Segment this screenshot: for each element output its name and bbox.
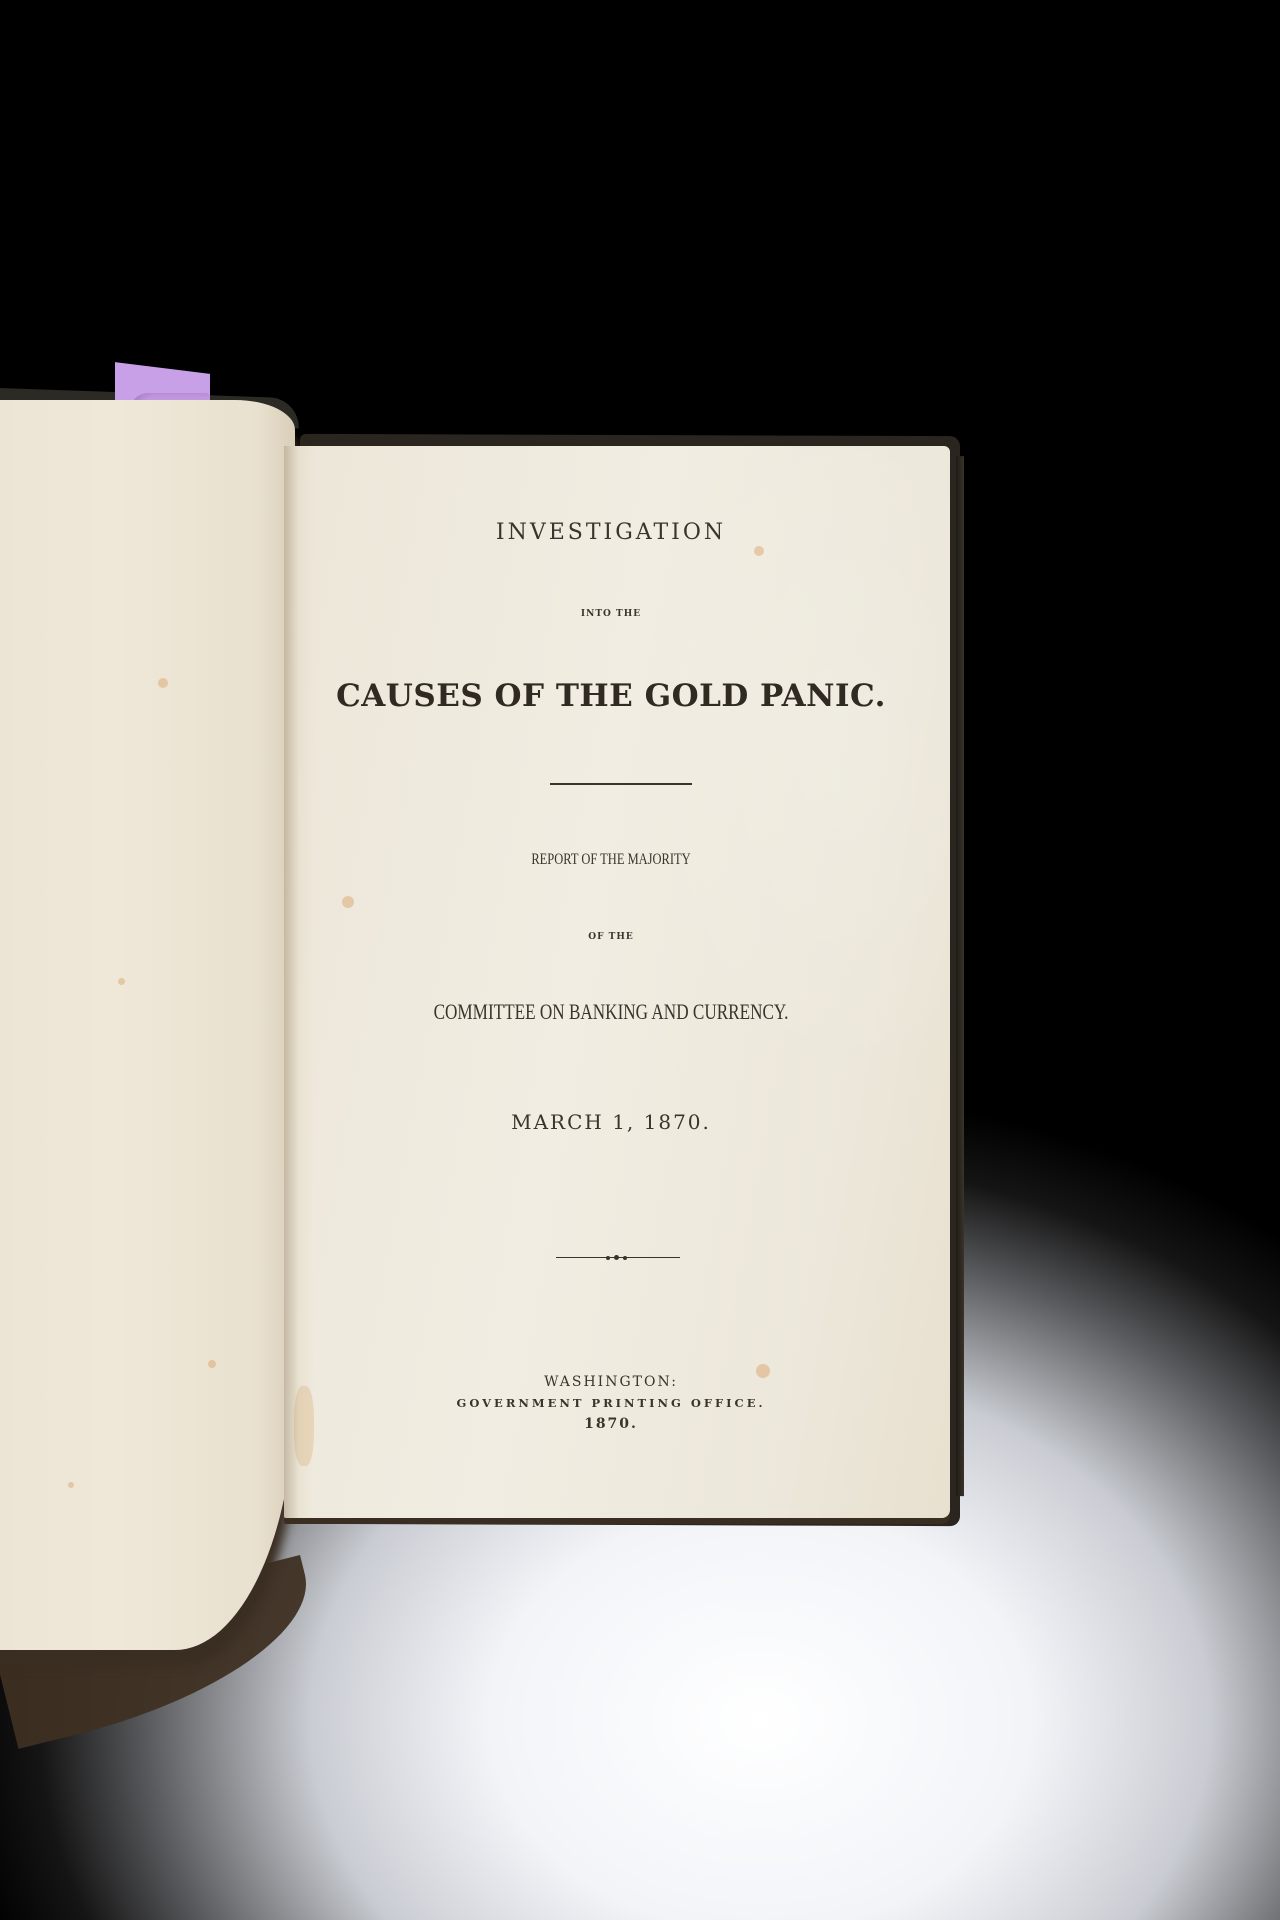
imprint-year: 1870. bbox=[272, 1416, 950, 1432]
foxing-spot bbox=[68, 1482, 74, 1488]
foxing-spot bbox=[118, 978, 125, 985]
report-date: MARCH 1, 1870. bbox=[272, 1110, 950, 1134]
title-connector-of-the: OF THE bbox=[272, 932, 950, 942]
title-connector-into-the: INTO THE bbox=[272, 609, 950, 619]
left-blank-page bbox=[0, 400, 295, 1650]
title-heading: INVESTIGATION bbox=[272, 520, 950, 545]
ornamental-rule-icon bbox=[556, 1254, 680, 1262]
title-page: INVESTIGATION INTO THE CAUSES OF THE GOL… bbox=[284, 446, 950, 1518]
imprint-publisher: GOVERNMENT PRINTING OFFICE. bbox=[272, 1396, 950, 1410]
title-divider-rule bbox=[550, 783, 692, 785]
committee-name: COMMITTEE ON BANKING AND CURRENCY. bbox=[347, 999, 876, 1025]
main-title: CAUSES OF THE GOLD PANIC. bbox=[272, 678, 950, 714]
foxing-spot bbox=[208, 1360, 216, 1368]
imprint-place: WASHINGTON: bbox=[272, 1374, 950, 1390]
report-subtitle: REPORT OF THE MAJORITY bbox=[347, 851, 876, 869]
foxing-spot bbox=[158, 678, 168, 688]
